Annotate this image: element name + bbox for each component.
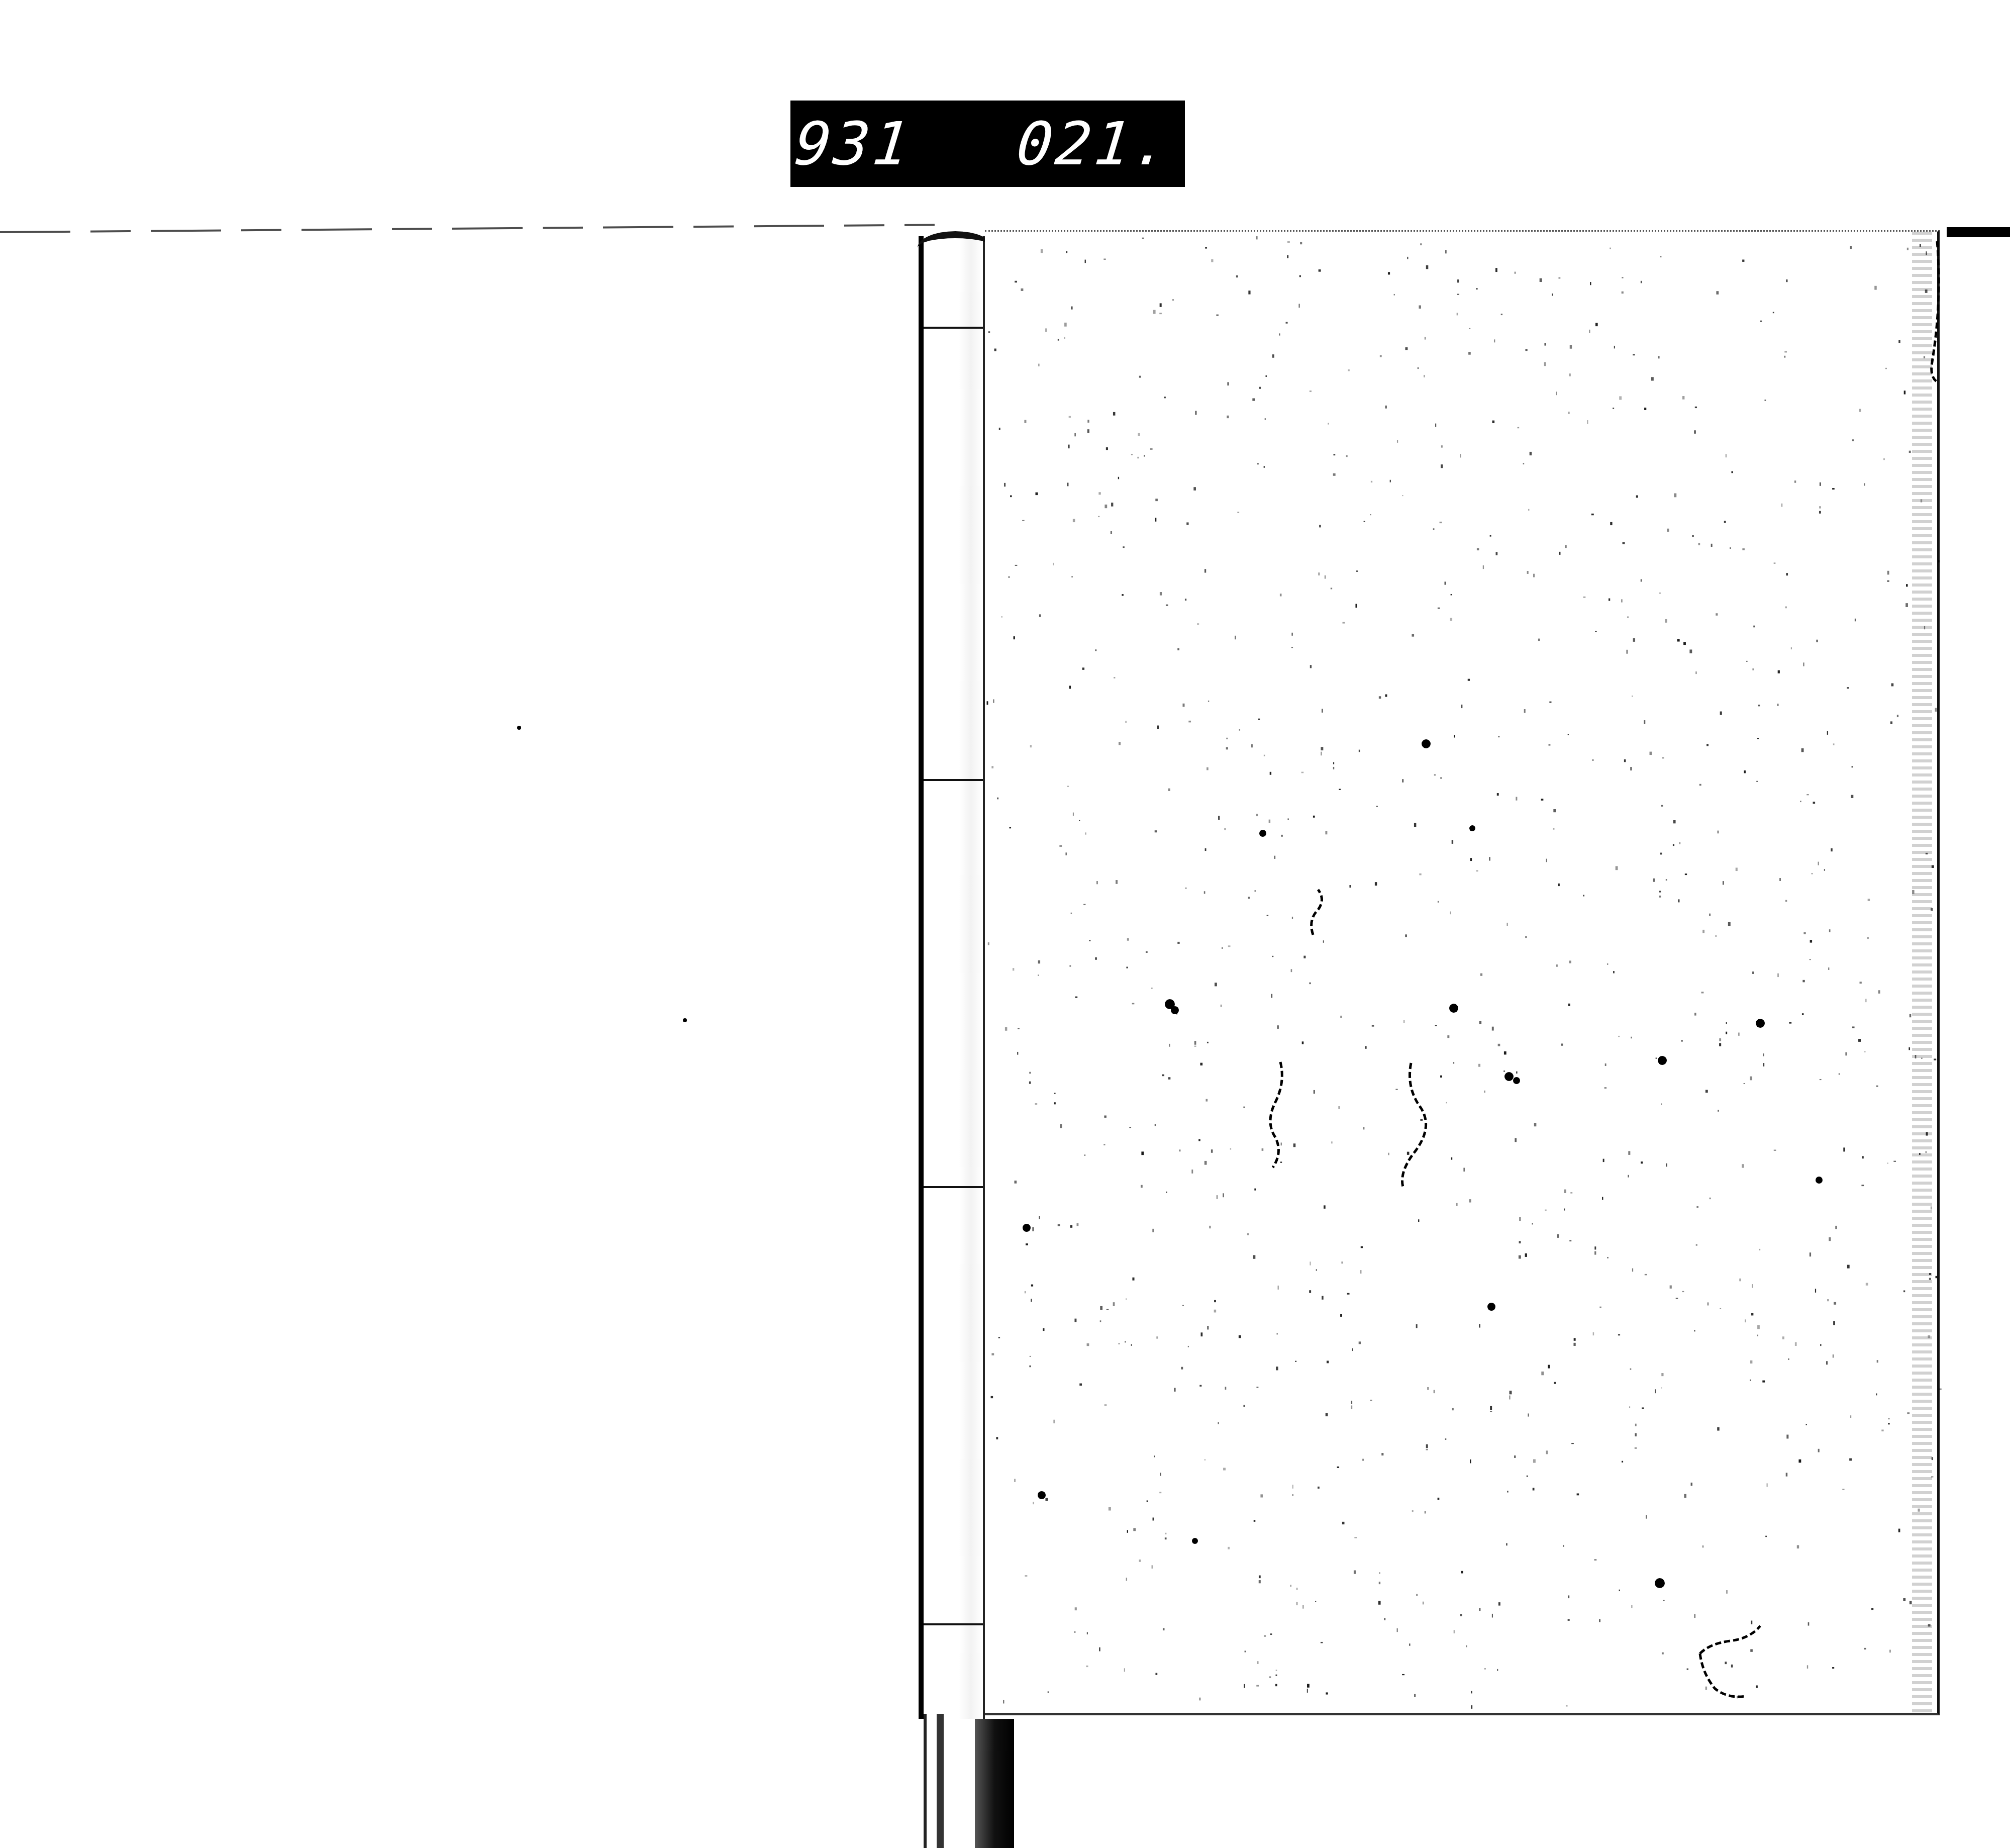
catalog-number-label: 931021. [790,101,1185,187]
scan-edge-line [0,224,935,233]
spine-band [924,1623,983,1625]
catalog-number: 931021. [787,109,1176,178]
catalog-number-right: 021. [1014,109,1176,178]
page-edge-wear [1912,232,1932,1713]
spine-band [924,1186,983,1188]
catalog-number-left: 931 [792,109,916,178]
book [919,230,1947,1720]
spine-headcap [918,231,993,264]
adjacent-page-edge [1947,227,2010,237]
spine-band [924,779,983,781]
spine-tail [924,1714,944,1848]
spine-band [924,327,983,329]
scan-shadow-block [975,1719,1014,1848]
cover-page [985,230,1940,1715]
book-spine [919,236,985,1719]
